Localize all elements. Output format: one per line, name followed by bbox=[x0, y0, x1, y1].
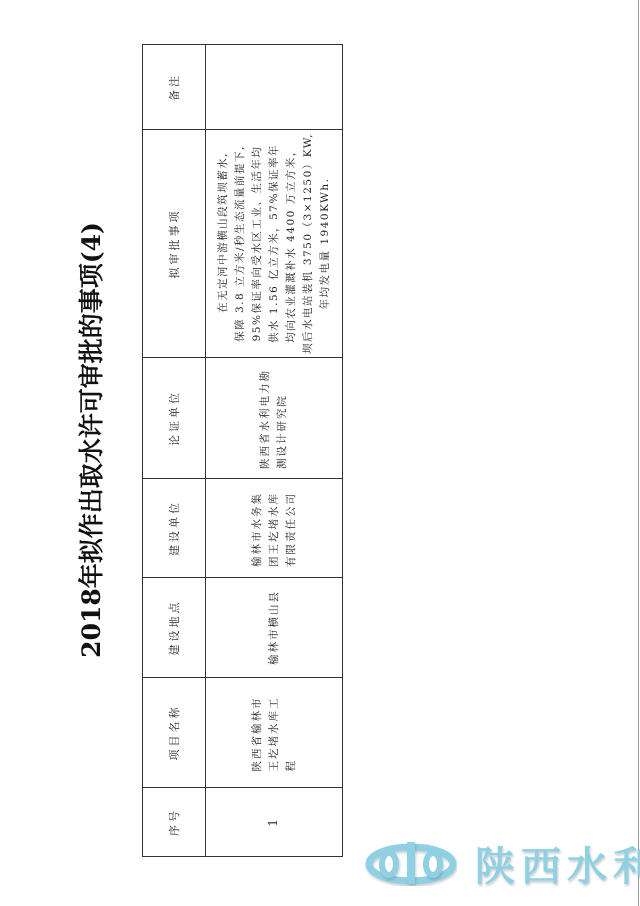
site: 榆林市横山县 bbox=[266, 590, 283, 665]
cell-certifier: 陕西省水利电力勘测设计研究院 bbox=[206, 358, 343, 479]
approval-table-container: 序号 项目名称 建设地点 建设单位 论证单位 拟审批事项 备注 1 陕西省榆林市… bbox=[142, 45, 342, 857]
certifier: 陕西省水利电力勘测设计研究院 bbox=[257, 367, 291, 469]
approval-table: 序号 项目名称 建设地点 建设单位 论证单位 拟审批事项 备注 1 陕西省榆林市… bbox=[142, 44, 343, 857]
header-builder: 建设单位 bbox=[143, 479, 206, 578]
approval-line: 坝后水电站装机 3750（3×1250）KW, bbox=[300, 130, 317, 357]
header-approval-items: 拟审批事项 bbox=[143, 130, 206, 358]
cell-approval-items: 在无定河中游横山段筑坝蓄水, 保障 3.8 立方米/秒生态流量前提下, 95%保… bbox=[206, 130, 343, 358]
builder: 榆林市水务集团王圪堵水库有限责任公司 bbox=[249, 489, 300, 567]
approval-line: 95%保证率向受水区工业、生活年均 bbox=[249, 130, 266, 357]
approval-line: 年均发电量 1940KWh. bbox=[317, 130, 334, 357]
header-no: 序号 bbox=[143, 788, 206, 857]
cell-project-name: 陕西省榆林市王圪堵水库工程 bbox=[206, 678, 343, 788]
project-name: 陕西省榆林市王圪堵水库工程 bbox=[249, 694, 300, 772]
page-edge bbox=[638, 0, 639, 906]
header-remark: 备注 bbox=[143, 45, 206, 130]
approval-line: 在无定河中游横山段筑坝蓄水, bbox=[215, 130, 232, 357]
header-site: 建设地点 bbox=[143, 578, 206, 678]
header-project-name: 项目名称 bbox=[143, 678, 206, 788]
approval-line: 供水 1.56 亿立方米，57%保证率年 bbox=[266, 130, 283, 357]
header-certifier: 论证单位 bbox=[143, 358, 206, 479]
cell-builder: 榆林市水务集团王圪堵水库有限责任公司 bbox=[206, 479, 343, 578]
watermark: 陕西水利 bbox=[365, 836, 640, 890]
approval-line: 保障 3.8 立方米/秒生态流量前提下, bbox=[232, 130, 249, 357]
watermark-text: 陕西水利 bbox=[475, 835, 640, 892]
table-header-row: 序号 项目名称 建设地点 建设单位 论证单位 拟审批事项 备注 bbox=[143, 45, 206, 857]
title-container: 2018年拟作出取水许可审批的事项(4) bbox=[72, 130, 108, 750]
cell-no: 1 bbox=[206, 788, 343, 857]
water-conservancy-logo-icon bbox=[365, 840, 457, 886]
page-title: 2018年拟作出取水许可审批的事项(4) bbox=[72, 222, 108, 658]
approval-line: 均向农业灌溉补水 4400 万立方米， bbox=[283, 130, 300, 357]
row-number: 1 bbox=[266, 817, 280, 826]
cell-site: 榆林市横山县 bbox=[206, 578, 343, 678]
table-row: 1 陕西省榆林市王圪堵水库工程 榆林市横山县 榆林市水务集团王圪堵水库有限责任公… bbox=[206, 45, 343, 857]
cell-remark bbox=[206, 45, 343, 130]
